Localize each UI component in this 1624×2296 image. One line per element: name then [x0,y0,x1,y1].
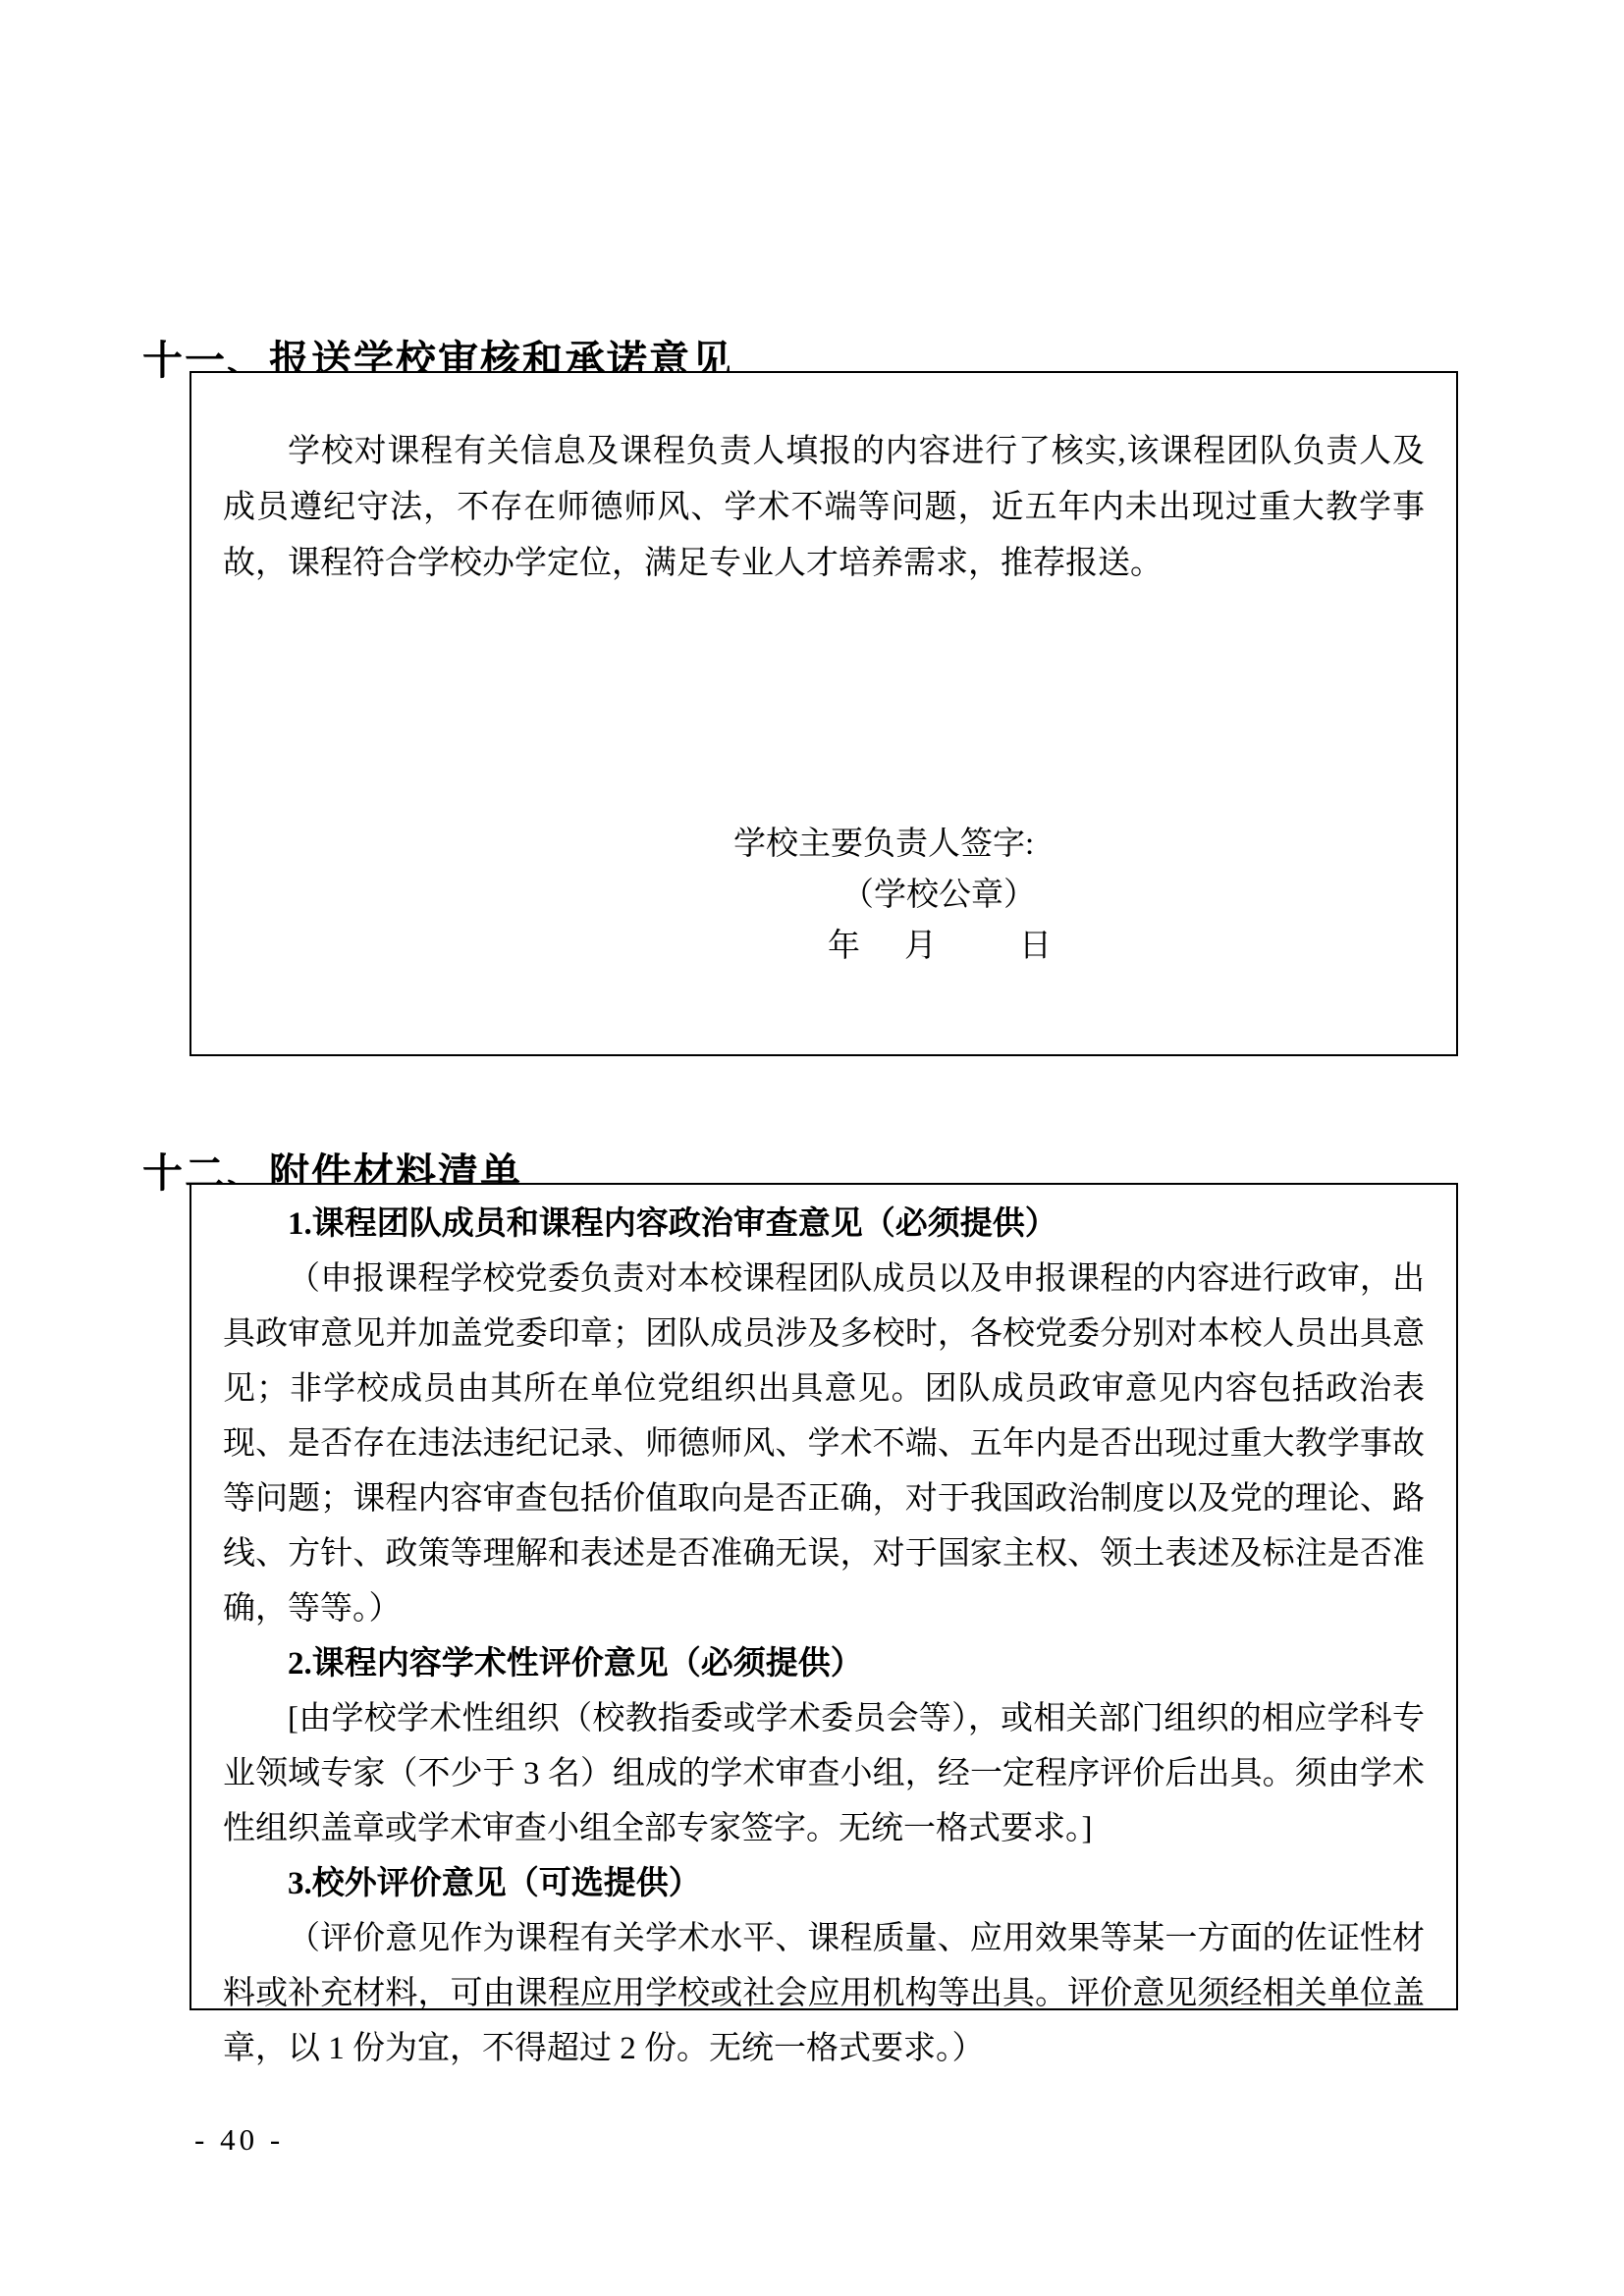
attachment-item-2-title: 2.课程内容学术性评价意见（必须提供） [223,1636,1425,1691]
attachment-item-3-title: 3.校外评价意见（可选提供） [223,1856,1425,1911]
commitment-paragraph: 学校对课程有关信息及课程负责人填报的内容进行了核实,该课程团队负责人及成员遵纪守… [191,373,1456,592]
attachment-item-1-title: 1.课程团队成员和课程内容政治审查意见（必须提供） [223,1197,1425,1252]
date-label: 年 月 日 [191,922,1456,971]
attachment-item-1-body: （申报课程学校党委负责对本校课程团队成员以及申报课程的内容进行政审，出具政审意见… [223,1252,1425,1636]
attachment-item-3-body: （评价意见作为课程有关学术水平、课程质量、应用效果等某一方面的佐证性材料或补充材… [223,1911,1425,2076]
principal-signature-label: 学校主要负责人签字: [191,820,1456,869]
attachment-list-box: 1.课程团队成员和课程内容政治审查意见（必须提供） （申报课程学校党委负责对本校… [189,1183,1458,2010]
attachment-item-2-body: [由学校学术性组织（校教指委或学术委员会等），或相关部门组织的相应学科专业领域专… [223,1691,1425,1856]
page-number: - 40 - [194,2122,284,2158]
signature-block: 学校主要负责人签字: （学校公章） 年 月 日 [191,820,1456,971]
school-review-commitment-box: 学校对课程有关信息及课程负责人填报的内容进行了核实,该课程团队负责人及成员遵纪守… [189,371,1458,1056]
school-seal-label: （学校公章） [191,871,1456,920]
attachment-items: 1.课程团队成员和课程内容政治审查意见（必须提供） （申报课程学校党委负责对本校… [191,1185,1456,2076]
